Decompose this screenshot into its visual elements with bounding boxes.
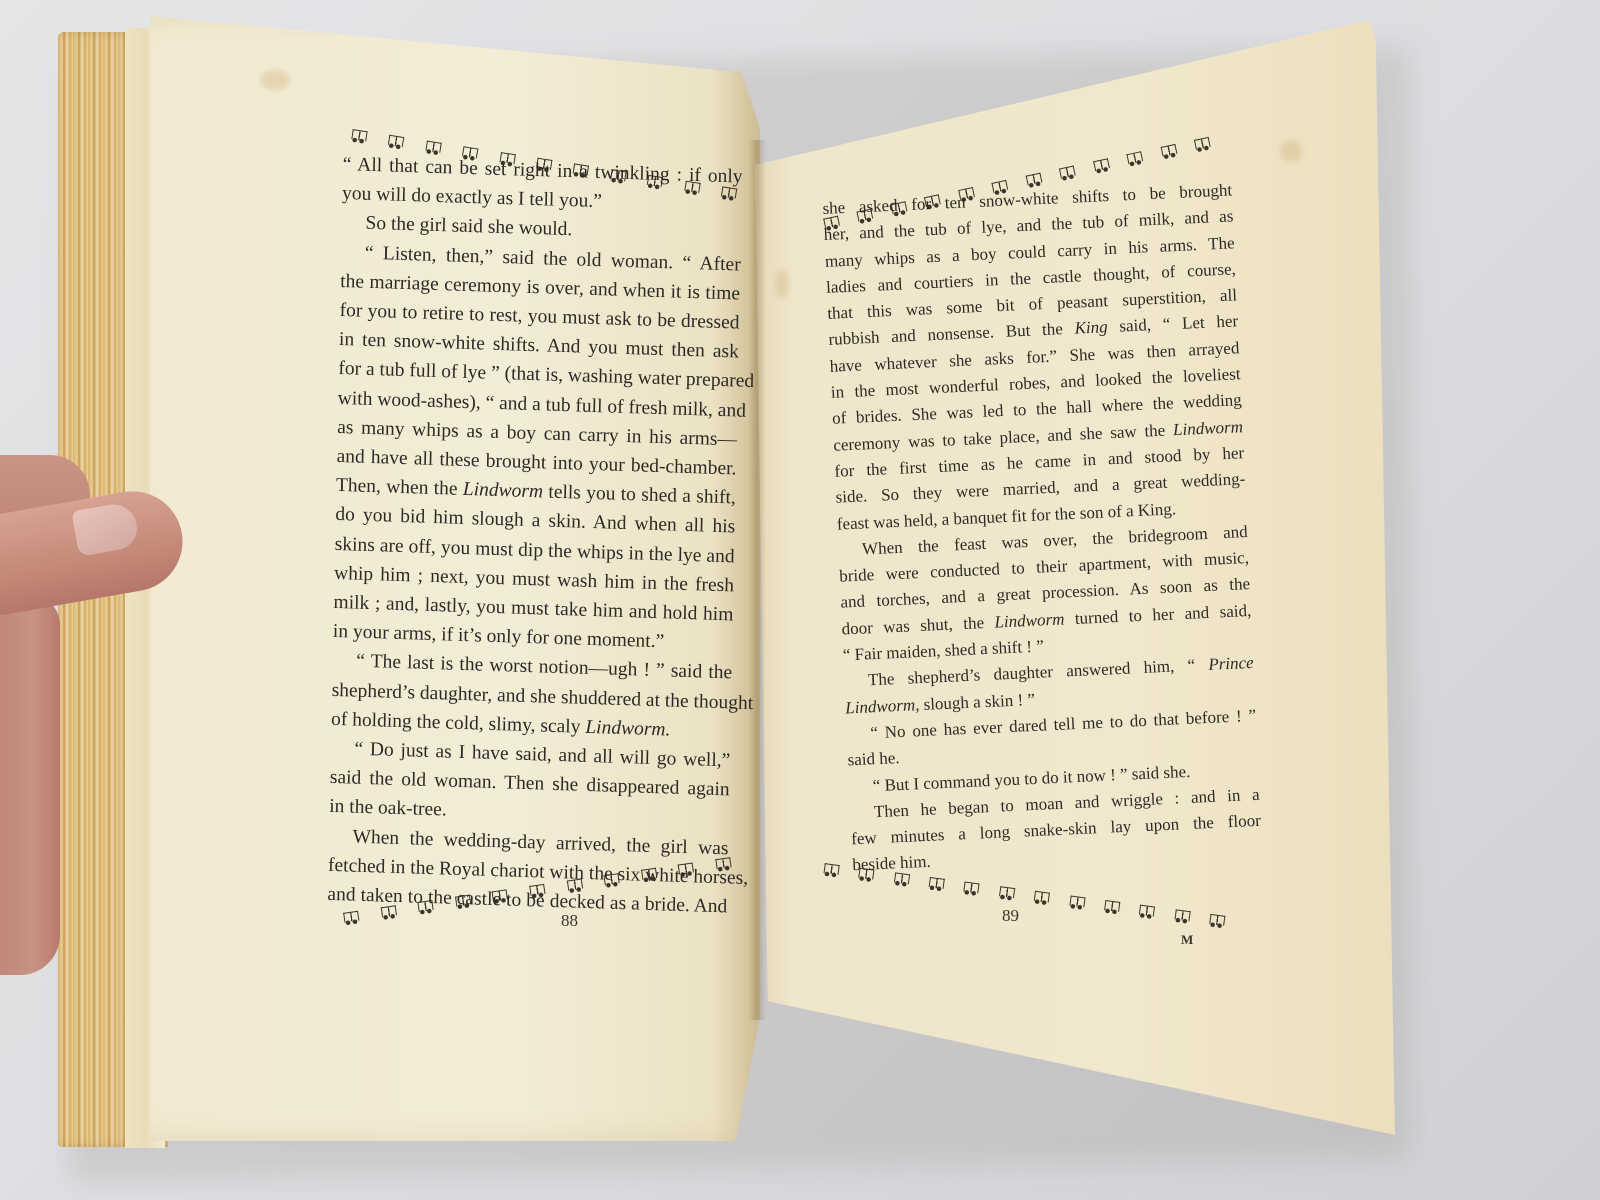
book-ornament-icon: [1067, 894, 1085, 911]
foxing-stain: [1280, 140, 1302, 162]
book-ornament-icon: [342, 910, 360, 927]
book-ornament-icon: [1102, 899, 1120, 916]
left-page-body-text: “ All that can be set right in a twinkli…: [327, 150, 743, 922]
thumbnail: [71, 501, 140, 557]
book-ornament-icon: [927, 876, 945, 893]
book-ornament-icon: [350, 128, 368, 145]
book-gutter: [748, 140, 766, 1020]
book-ornament-icon: [1208, 913, 1226, 930]
book-ornament-icon: [1032, 890, 1050, 907]
palm: [0, 595, 60, 975]
book-ornament-icon: [997, 885, 1015, 902]
book-ornament-icon: [1138, 904, 1156, 921]
holding-hand: [0, 455, 200, 975]
right-page-body-text: she asked for ten snow-white shifts to b…: [822, 177, 1263, 879]
foxing-stain: [260, 70, 290, 90]
photo-scene: “ All that can be set right in a twinkli…: [0, 0, 1600, 1200]
page-number-right: 89: [1002, 906, 1019, 926]
page-number-left: 88: [561, 911, 578, 931]
signature-mark: M: [1181, 932, 1194, 948]
book-ornament-icon: [962, 880, 980, 897]
foxing-stain: [775, 270, 789, 298]
book-ornament-icon: [822, 862, 840, 879]
book-ornament-icon: [1173, 908, 1191, 925]
book-ornament-icon: [387, 134, 405, 151]
